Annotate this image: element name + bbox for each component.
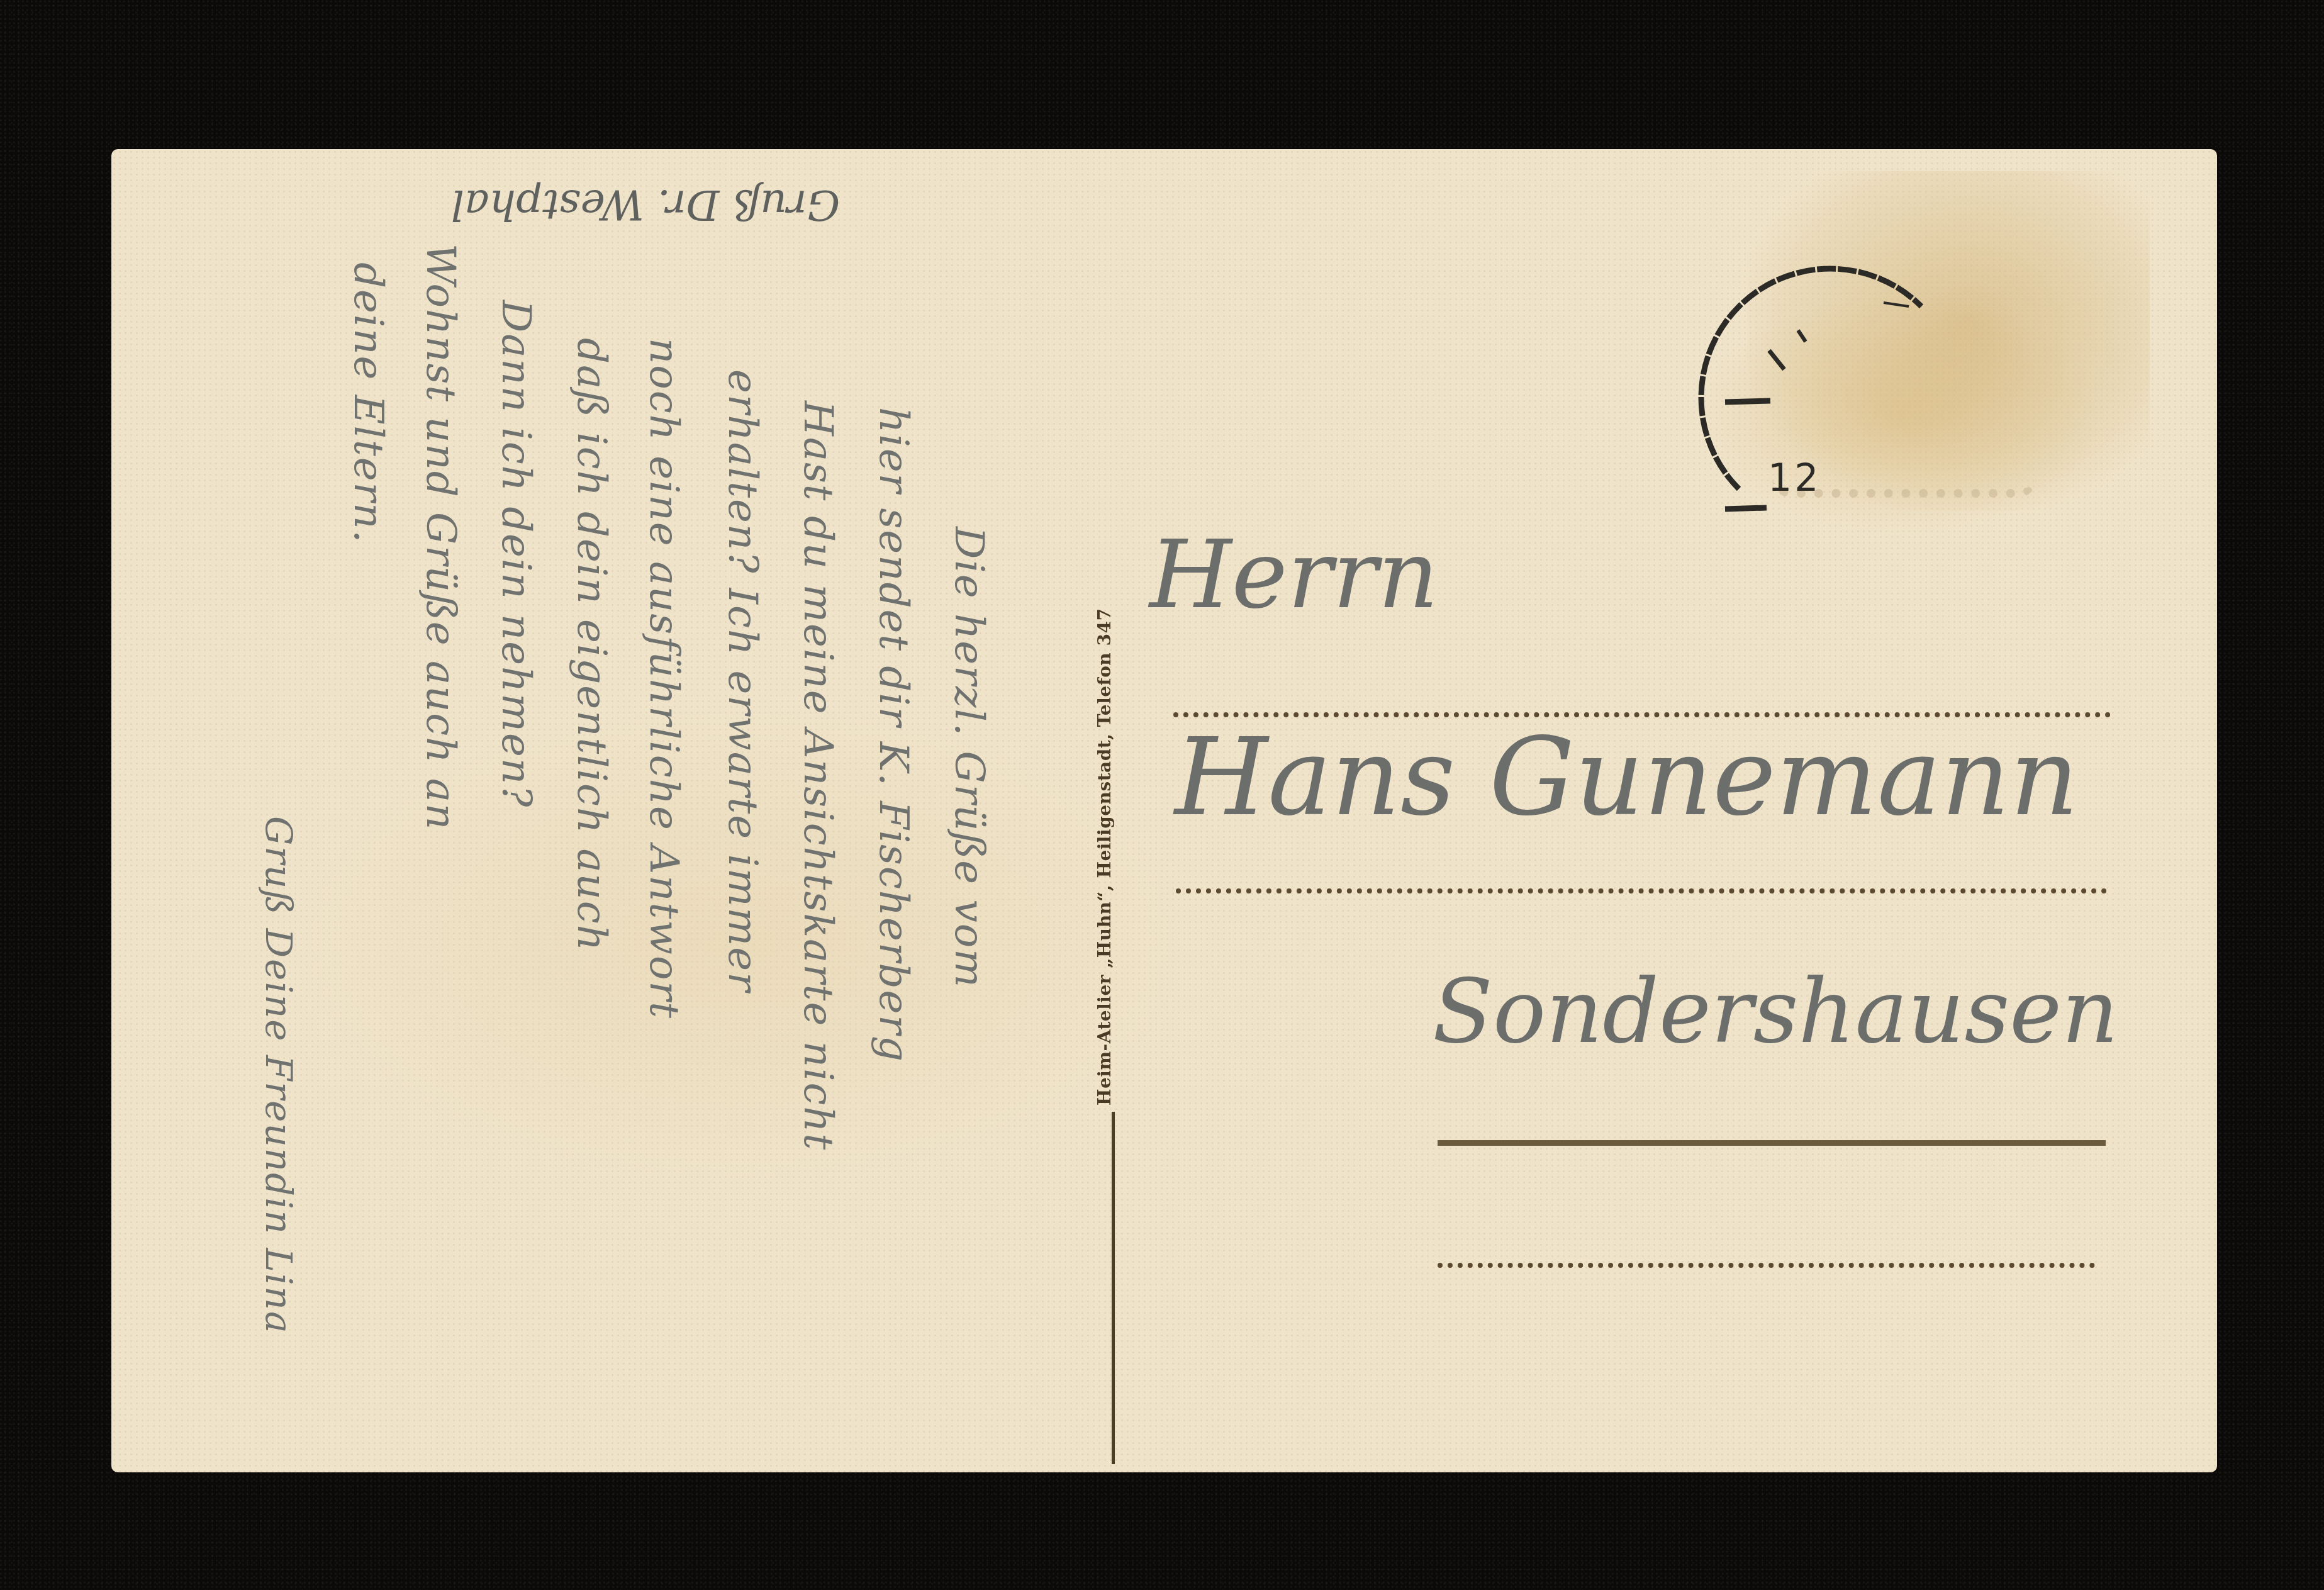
address-city: Sondershausen bbox=[1433, 961, 2118, 1063]
postmark-ring-icon bbox=[1714, 281, 1978, 546]
address-name: Hans Gunemann bbox=[1175, 715, 2079, 840]
message-signature: Gruß Deine Freundin Lina bbox=[257, 816, 300, 1335]
message-line-9: deine Eltern. bbox=[345, 262, 391, 544]
message-line-5: noch eine ausführliche Antwort bbox=[640, 338, 687, 1019]
address-salutation: Herrn bbox=[1149, 520, 1439, 630]
message-line-6: daß ich dein eigentlich auch bbox=[568, 338, 615, 952]
message-line-8: Wohnst und Grüße auch an bbox=[417, 244, 464, 831]
message-line-7: Dann ich dein nehmen? bbox=[493, 300, 539, 808]
address-line-2 bbox=[1176, 888, 2107, 893]
message-line-2: hier sendet dir K. Fischerberg bbox=[870, 407, 917, 1063]
message-line-3: Hast du meine Ansichtskarte nicht bbox=[795, 401, 841, 1151]
postmark-date: 12 bbox=[1768, 456, 1821, 500]
address-line-3 bbox=[1438, 1140, 2106, 1146]
message-line-1: Die herzl. Grüße vom bbox=[946, 527, 992, 988]
postcard: 12 Heim-Atelier „Huhn“, Heiligenstadt, T… bbox=[111, 149, 2217, 1472]
message-line-4: erhalten? Ich erwarte immer bbox=[719, 369, 766, 993]
publisher-imprint: Heim-Atelier „Huhn“, Heiligenstadt, Tele… bbox=[1094, 608, 1115, 1106]
message-top-line: Gruß Dr. Westphal bbox=[451, 181, 840, 229]
address-line-4 bbox=[1438, 1263, 2095, 1268]
divider-line bbox=[1112, 1112, 1115, 1464]
